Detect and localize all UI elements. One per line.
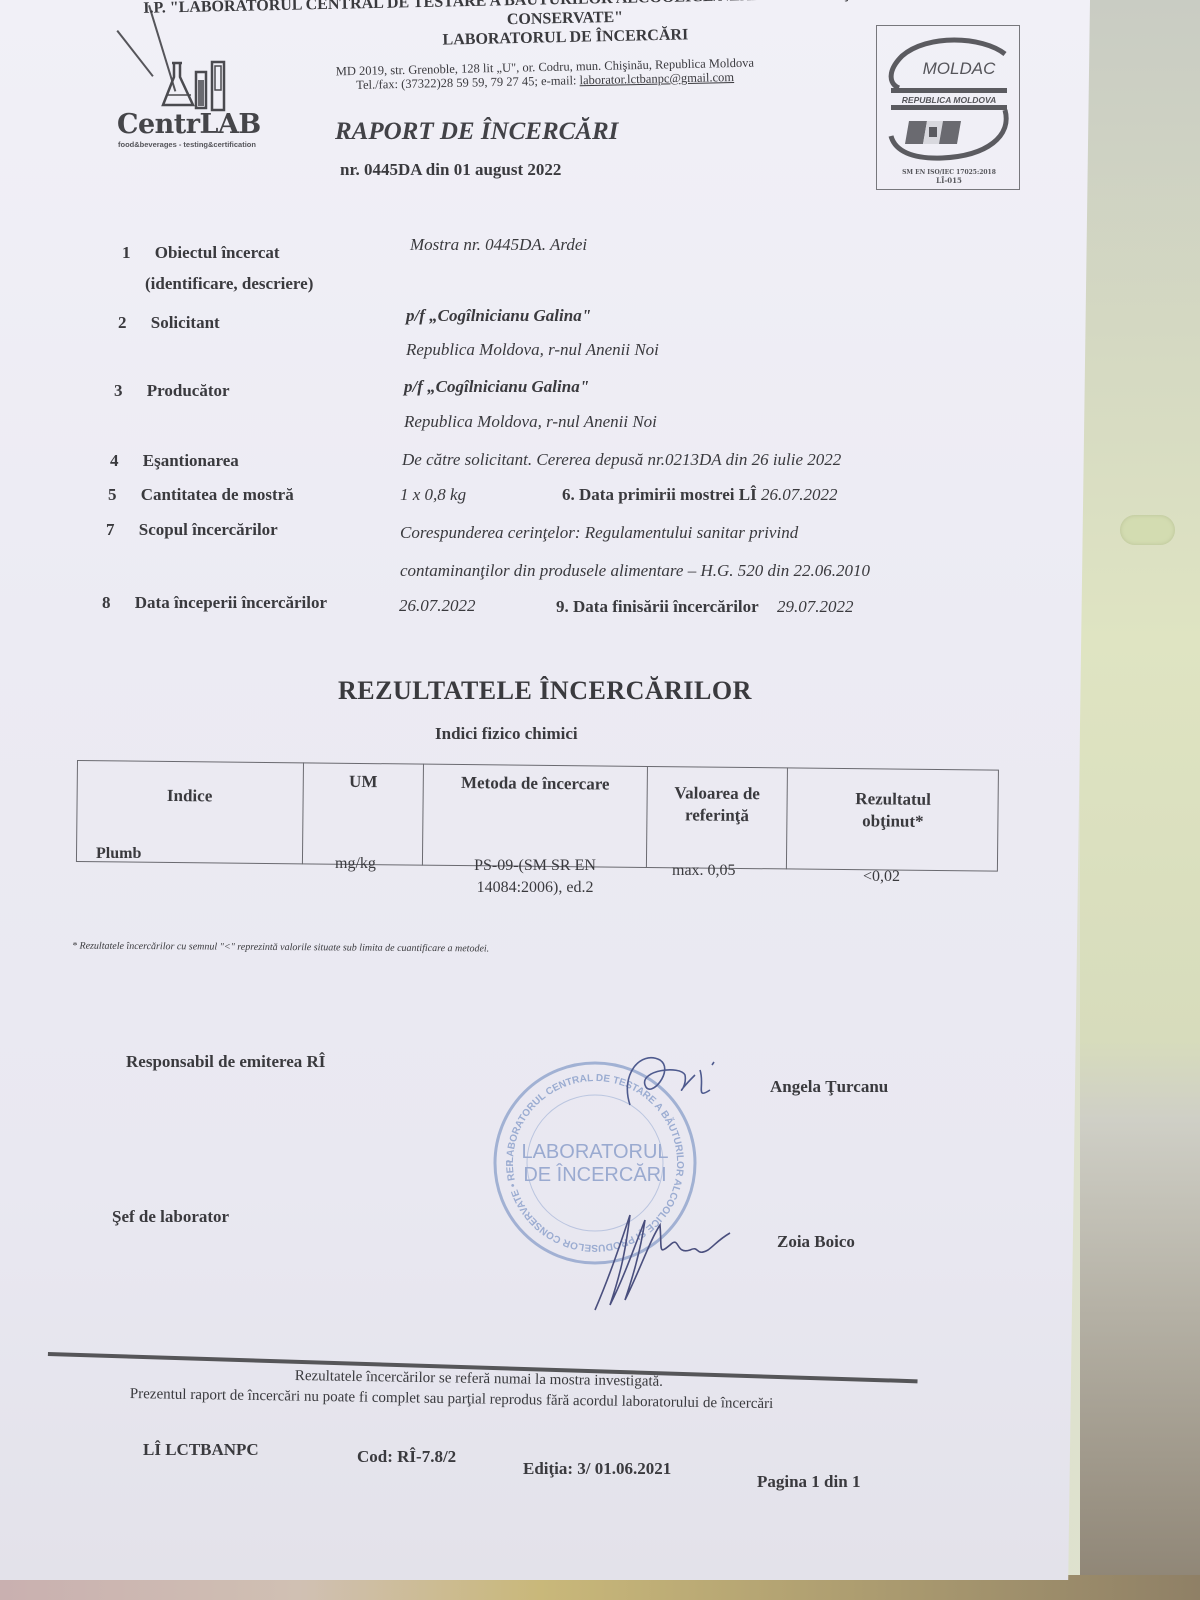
field-label: Data începerii încercărilor (135, 593, 327, 612)
head-name: Zoia Boico (777, 1232, 855, 1252)
field-row-1: 1 Obiectul încercat (122, 243, 280, 263)
column-header-result: Rezultatul obţinut* (786, 767, 999, 871)
responsible-label: Responsabil de emiterea RÎ (126, 1052, 325, 1072)
organization-name: I.P. "LABORATORUL CENTRAL DE TESTARE A B… (124, 0, 1005, 56)
cell-reference: max. 0,05 (672, 860, 736, 882)
field-value-applicant-address: Republica Moldova, r-nul Anenii Noi (406, 340, 659, 360)
report-number: nr. 0445DA din 01 august 2022 (340, 160, 561, 180)
method-line-1: PS-09-(SM SR EN (440, 855, 630, 877)
cell-um: mg/kg (335, 853, 376, 875)
column-header-um: UM (302, 762, 423, 865)
responsible-name: Angela Ţurcanu (770, 1077, 888, 1097)
field-label: Obiectul încercat (155, 243, 280, 262)
signature-turcanu (600, 1045, 740, 1125)
field-value-start-date: 26.07.2022 (399, 596, 476, 616)
moldac-logo-icon: MOLDAC REPUBLICA MOLDOVA SM EN ISO/IEC 1… (877, 26, 1019, 189)
field-label: Scopul încercărilor (139, 520, 278, 539)
field-label: 6. Data primirii mostrei LÎ (562, 485, 757, 504)
field-value-purpose: Corespunderea cerinţelor: Regulamentului… (400, 523, 798, 543)
field-number: 3 (114, 381, 123, 400)
field-value-object: Mostra nr. 0445DA. Ardei (410, 235, 587, 255)
field-label: Cantitatea de mostră (141, 485, 294, 504)
field-value-finish: 29.07.2022 (777, 597, 854, 616)
field-row-4: 4 Eşantionarea (110, 451, 239, 471)
accreditation-badge: MOLDAC REPUBLICA MOLDOVA SM EN ISO/IEC 1… (876, 25, 1020, 190)
field-value-sampling: De către solicitant. Cererea depusă nr.0… (402, 450, 841, 470)
report-title: RAPORT DE ÎNCERCĂRI (335, 118, 618, 146)
field-value-producer-address: Republica Moldova, r-nul Anenii Noi (404, 412, 657, 432)
field-number: 8 (102, 593, 111, 612)
field-number: 2 (118, 313, 127, 332)
method-line-2: 14084:2006), ed.2 (440, 877, 630, 899)
svg-text:DE ÎNCERCĂRI: DE ÎNCERCĂRI (523, 1163, 666, 1186)
results-subtitle: Indici fizico chimici (435, 724, 578, 744)
report-page: I.P. "LABORATORUL CENTRAL DE TESTARE A B… (0, 0, 1090, 1580)
background-punch-hole (1120, 515, 1175, 545)
svg-text:REPUBLICA MOLDOVA: REPUBLICA MOLDOVA (902, 95, 996, 105)
cell-result: <0,02 (863, 866, 900, 888)
footer-edition: Ediţia: 3/ 01.06.2021 (523, 1459, 671, 1479)
field-number: 1 (122, 243, 131, 262)
background-surface (1080, 0, 1200, 1600)
field-number: 4 (110, 451, 119, 470)
field-value-quantity: 1 x 0,8 kg (400, 485, 466, 505)
footer-doc-code: Cod: RÎ-7.8/2 (357, 1447, 456, 1467)
logo-tagline: food&beverages - testing&certification (118, 140, 256, 149)
field-row-2: 2 Solicitant (118, 313, 220, 333)
lab-flask-icon (160, 60, 230, 115)
field-number: 5 (108, 485, 117, 504)
field-label: Eşantionarea (143, 451, 239, 470)
svg-text:LABORATORUL: LABORATORUL (521, 1141, 668, 1163)
field-label: Producător (147, 381, 230, 400)
field-value-purpose-cont: contaminanţilor din produsele alimentare… (400, 561, 870, 581)
cell-indice: Plumb (96, 843, 141, 865)
svg-text:MOLDAC: MOLDAC (923, 59, 996, 78)
field-number: 7 (106, 520, 115, 539)
field-finish-date: 9. Data finisării încercărilor 29.07.202… (556, 597, 853, 617)
column-header-reference: Valoarea de referinţă (646, 766, 787, 869)
footer-note-2: Prezentul raport de încercări nu poate f… (130, 1386, 774, 1413)
field-row-3: 3 Producător (114, 381, 230, 401)
cell-method: PS-09-(SM SR EN 14084:2006), ed.2 (440, 855, 630, 899)
field-label-sub: (identificare, descriere) (145, 274, 313, 294)
svg-text:LÎ-015: LÎ-015 (936, 176, 962, 185)
logo-name: CentrLAB (117, 109, 261, 140)
lab-address: MD 2019, str. Grenoble, 128 lit „U", or.… (285, 55, 805, 94)
svg-text:SM EN ISO/IEC 17025:2018: SM EN ISO/IEC 17025:2018 (902, 169, 996, 176)
results-footnote: * Rezultatele încercărilor cu semnul "<"… (72, 941, 489, 955)
field-value-applicant: p/f „Cogîlnicianu Galina" (406, 306, 591, 326)
field-label: Solicitant (151, 313, 220, 332)
column-header-method: Metoda de încercare (422, 764, 647, 868)
results-title: REZULTATELE ÎNCERCĂRILOR (338, 676, 752, 706)
field-received-date: 6. Data primirii mostrei LÎ 26.07.2022 (562, 485, 837, 505)
moldova-flag-icon (905, 121, 961, 144)
field-row-8: 8 Data începerii încercărilor (102, 593, 327, 613)
field-value-received: 26.07.2022 (761, 485, 838, 504)
field-row-5: 5 Cantitatea de mostră (108, 485, 294, 505)
email-link[interactable]: laborator.lctbanpc@gmail.com (579, 70, 734, 87)
footer-lab-code: LÎ LCTBANPC (143, 1440, 259, 1460)
field-label: 9. Data finisării încercărilor (556, 597, 759, 616)
signature-boico (590, 1195, 760, 1315)
field-value-producer: p/f „Cogîlnicianu Galina" (404, 377, 589, 397)
field-row-7: 7 Scopul încercărilor (106, 520, 278, 540)
head-label: Şef de laborator (112, 1207, 229, 1227)
footer-page-number: Pagina 1 din 1 (757, 1472, 860, 1492)
